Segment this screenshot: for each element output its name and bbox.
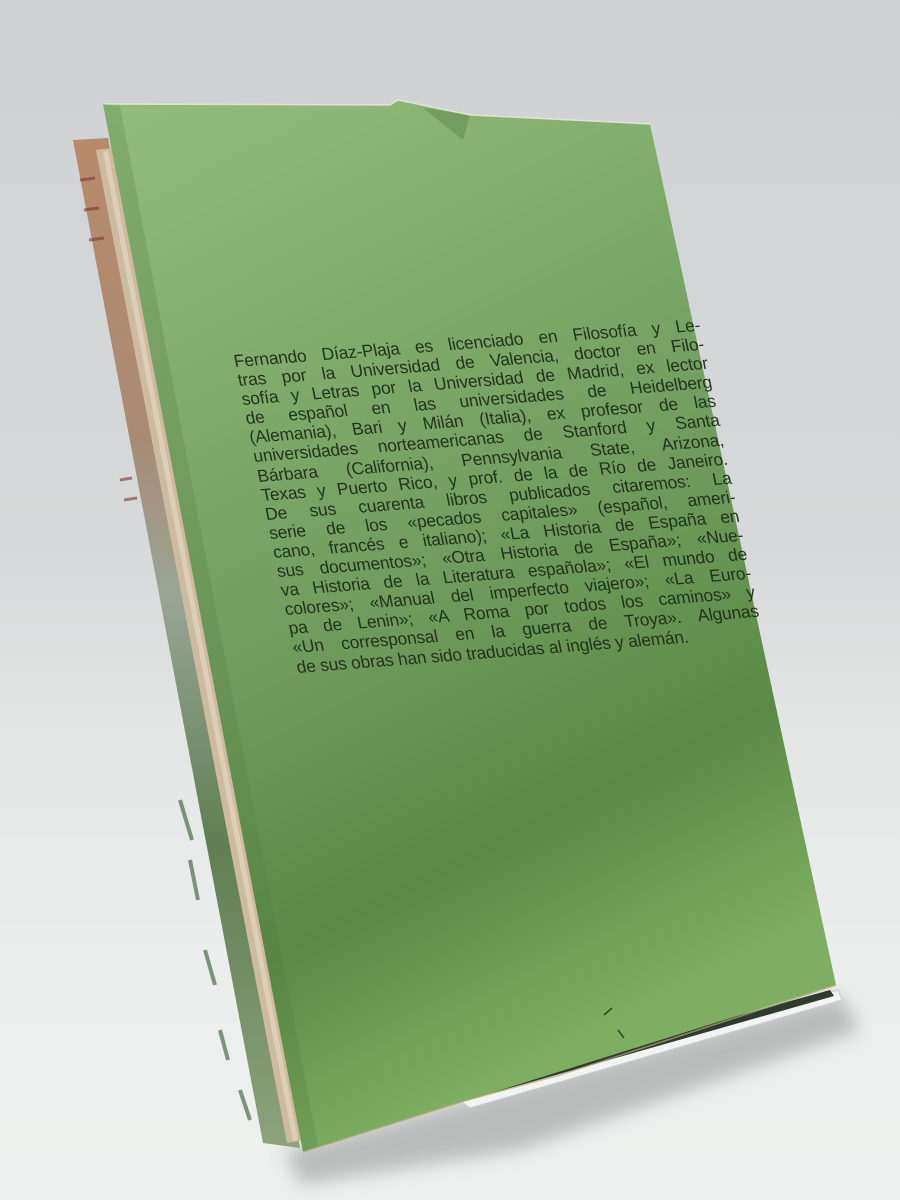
author-biography-text: Fernando Díaz-Plaja es licenciado en Fil…	[232, 311, 819, 676]
product-photo: Fernando Díaz-Plaja es licenciado en Fil…	[0, 0, 900, 1200]
